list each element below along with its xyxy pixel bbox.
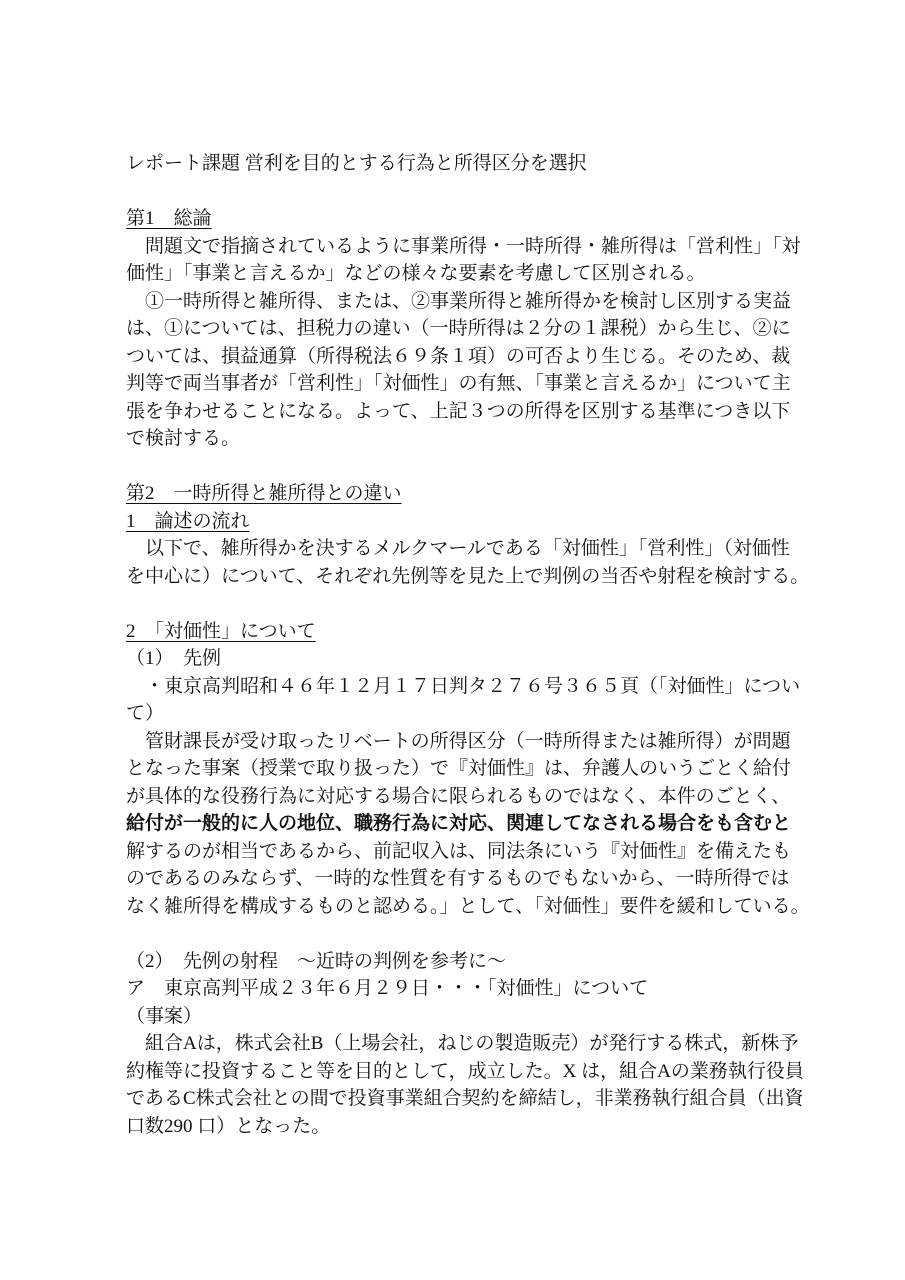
text-line: 約権等に投資すること等を目的として，成立した。X は，組合Aの業務執行役員 <box>126 1058 782 1086</box>
report-title: レポート課題 営利を目的とする行為と所得区分を選択 <box>126 150 782 178</box>
blank-line <box>126 178 782 206</box>
text-line: ・東京高判昭和４６年１２月１７日判タ２７６号３６５頁（「対価性」につい <box>126 673 782 701</box>
section-heading: 1 論述の流れ <box>126 508 782 536</box>
document-page: レポート課題 営利を目的とする行為と所得区分を選択第1 総論 問題文で指摘されて… <box>0 0 905 1280</box>
text-line: ついては、損益通算（所得税法６９条１項）の可否より生じる。そのため、裁 <box>126 343 782 371</box>
sub-heading: ア 東京高判平成２３年６月２９日・・・「対価性」について <box>126 975 782 1003</box>
text-line: なく雑所得を構成するものと認める。」として、「対価性」要件を緩和している。 <box>126 893 782 921</box>
section-heading: 第2 一時所得と雑所得との違い <box>126 480 782 508</box>
text-line: 判等で両当事者が「営利性」「対価性」の有無、「事業と言えるか」について主 <box>126 370 782 398</box>
text-line: であるC株式会社との間で投資事業組合契約を締結し，非業務執行組合員（出資 <box>126 1085 782 1113</box>
text-line: で検討する。 <box>126 425 782 453</box>
sub-heading: （1） 先例 <box>126 645 782 673</box>
blank-line <box>126 590 782 618</box>
text-line: 組合Aは，株式会社B（上場会社，ねじの製造販売）が発行する株式，新株予 <box>126 1030 782 1058</box>
sub-heading: （事案） <box>126 1003 782 1031</box>
sub-heading: （2） 先例の射程 ～近時の判例を参考に～ <box>126 948 782 976</box>
text-line: 解するのが相当であるから、前記収入は、同法条にいう『対価性』を備えたも <box>126 838 782 866</box>
text-line: 給付が一般的に人の地位、職務行為に対応、関連してなされる場合をも含むと <box>126 810 782 838</box>
text-line: 張を争わせることになる。よって、上記３つの所得を区別する基準につき以下 <box>126 398 782 426</box>
text-line: 口数290 口）となった。 <box>126 1113 782 1141</box>
text-line: が具体的な役務行為に対応する場合に限られるものではなく、本件のごとく、 <box>126 783 782 811</box>
text-line: て） <box>126 700 782 728</box>
text-line: 問題文で指摘されているように事業所得・一時所得・雑所得は「営利性」「対 <box>126 233 782 261</box>
text-line: 価性」「事業と言えるか」などの様々な要素を考慮して区別される。 <box>126 260 782 288</box>
text-line: ①一時所得と雑所得、または、②事業所得と雑所得かを検討し区別する実益 <box>126 288 782 316</box>
document-body: レポート課題 営利を目的とする行為と所得区分を選択第1 総論 問題文で指摘されて… <box>126 150 782 1140</box>
text-line: 以下で、雑所得かを決するメルクマールである「対価性」「営利性」（対価性 <box>126 535 782 563</box>
section-heading: 2 「対価性」について <box>126 618 782 646</box>
blank-line <box>126 920 782 948</box>
text-line: を中心に）について、それぞれ先例等を見た上で判例の当否や射程を検討する。 <box>126 563 782 591</box>
text-line: のであるのみならず、一時的な性質を有するものでもないから、一時所得では <box>126 865 782 893</box>
section-heading: 第1 総論 <box>126 205 782 233</box>
text-line: 管財課長が受け取ったリベートの所得区分（一時所得または雑所得）が問題 <box>126 728 782 756</box>
text-line: となった事案（授業で取り扱った）で『対価性』は、弁護人のいうごとく給付 <box>126 755 782 783</box>
text-line: は、①については、担税力の違い（一時所得は２分の１課税）から生じ、②に <box>126 315 782 343</box>
blank-line <box>126 453 782 481</box>
